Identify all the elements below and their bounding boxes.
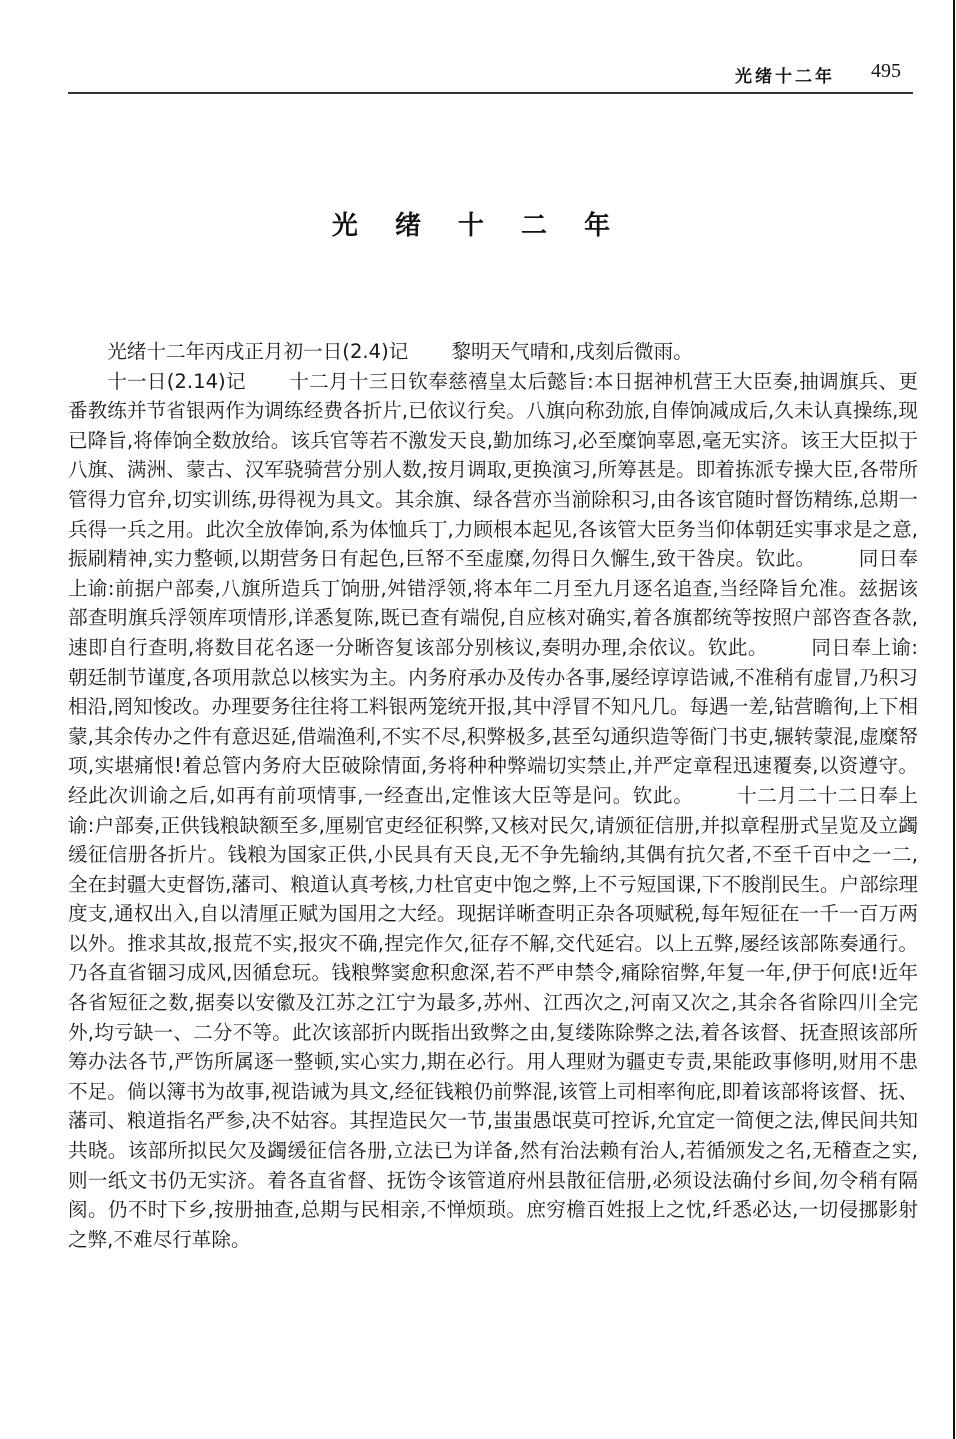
entry-date-label: 光绪十二年丙戌正月初一日(2.4)记	[107, 340, 408, 363]
chapter-title: 光 绪 十 二 年	[0, 205, 956, 242]
entry-text: 黎明天气晴和,戌刻后微雨。	[451, 340, 692, 363]
running-head-title: 光绪十二年	[735, 62, 835, 87]
diary-body: 光绪十二年丙戌正月初一日(2.4)记黎明天气晴和,戌刻后微雨。 十一日(2.14…	[68, 337, 918, 1254]
edict-text: 十二月二十二日奉上谕:户部奏,正供钱粮缺额至多,厘剔官吏经征积弊,又核对民欠,请…	[68, 784, 918, 1251]
diary-entry: 十一日(2.14)记十二月十三日钦奉慈禧皇太后懿旨:本日据神机营王大臣奏,抽调旗…	[68, 367, 918, 1255]
entry-date-label: 十一日(2.14)记	[107, 370, 246, 393]
diary-entry: 光绪十二年丙戌正月初一日(2.4)记黎明天气晴和,戌刻后微雨。	[68, 337, 918, 367]
page-number: 495	[871, 60, 901, 83]
header-rule	[68, 92, 913, 94]
edict-text: 十二月十三日钦奉慈禧皇太后懿旨:本日据神机营王大臣奏,抽调旗兵、更番教练并节省银…	[68, 370, 918, 571]
edict-text: 同日奉上谕:朝廷制节谨度,各项用款总以核实为主。内务府承办及传办各事,屡经谆谆诰…	[68, 636, 918, 807]
scan-artifact-mark	[319, 613, 327, 620]
running-head: 光绪十二年 495	[68, 60, 913, 90]
